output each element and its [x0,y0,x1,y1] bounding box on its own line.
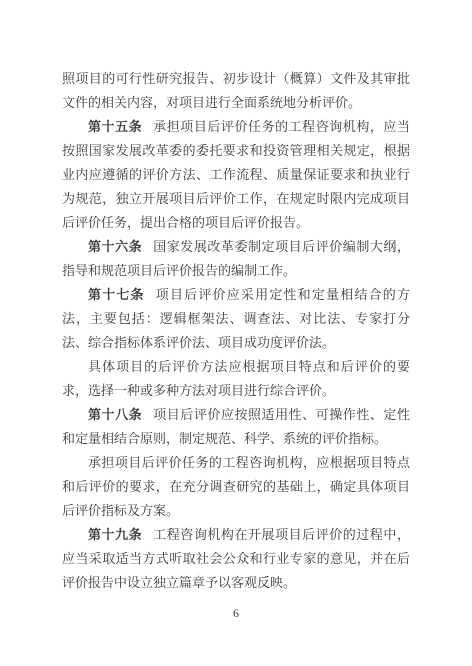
paragraph: 第十七条项目后评价应采用定性和定量相结合的方法，主要包括：逻辑框架法、调查法、对… [62,283,410,355]
paragraph: 照项目的可行性研究报告、初步设计（概算）文件及其审批文件的相关内容，对项目进行全… [62,67,410,115]
paragraph: 第十九条工程咨询机构在开展项目后评价的过程中，应当采取适当方式听取社会公众和行业… [62,523,410,595]
paragraph-text: 具体项目的后评价方法应根据项目特点和后评价的要求，选择一种或多种方法对项目进行综… [62,359,410,398]
article-number: 第十五条 [88,119,142,134]
article-number: 第十九条 [88,527,142,542]
paragraph-text: 承担项目后评价任务的工程咨询机构，应当按照国家发展改革委的委托要求和投资管理相关… [62,119,410,230]
article-number: 第十八条 [88,407,142,422]
paragraph-text: 承担项目后评价任务的工程咨询机构，应根据项目特点和后评价的要求，在充分调查研究的… [62,455,410,518]
paragraph: 具体项目的后评价方法应根据项目特点和后评价的要求，选择一种或多种方法对项目进行综… [62,355,410,403]
document-page: 照项目的可行性研究报告、初步设计（概算）文件及其审批文件的相关内容，对项目进行全… [0,0,472,666]
page-footer: 6 [62,605,410,621]
article-number: 第十六条 [88,239,142,254]
paragraph: 承担项目后评价任务的工程咨询机构，应根据项目特点和后评价的要求，在充分调查研究的… [62,451,410,523]
paragraph: 第十六条国家发展改革委制定项目后评价编制大纲，指导和规范项目后评价报告的编制工作… [62,235,410,283]
paragraph: 第十八条项目后评价应按照适用性、可操作性、定性和定量相结合原则，制定规范、科学、… [62,403,410,451]
article-number: 第十七条 [88,287,145,302]
document-body: 照项目的可行性研究报告、初步设计（概算）文件及其审批文件的相关内容，对项目进行全… [62,67,410,595]
page-number: 6 [233,606,239,620]
paragraph: 第十五条承担项目后评价任务的工程咨询机构，应当按照国家发展改革委的委托要求和投资… [62,115,410,235]
paragraph-text: 照项目的可行性研究报告、初步设计（概算）文件及其审批文件的相关内容，对项目进行全… [62,71,410,110]
